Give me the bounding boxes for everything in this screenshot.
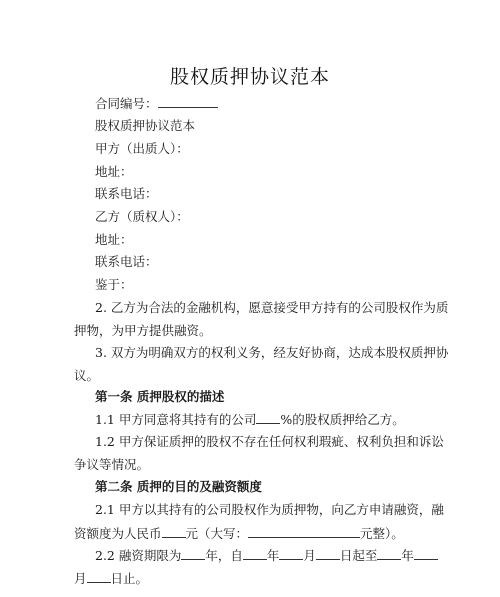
term-label: 2.2 融资期限为 xyxy=(95,548,181,563)
month-label: 月 xyxy=(303,548,316,563)
party-b-label: 乙方（质权人）： xyxy=(95,209,189,225)
party-a-label: 甲方（出质人）： xyxy=(95,141,189,157)
clause-1-1: 1.1 甲方同意将其持有的公司%的股权质押给乙方。 xyxy=(95,411,405,428)
recital-3-line2: 议。 xyxy=(74,368,99,384)
end-label: 日止。 xyxy=(111,571,149,586)
recital-3-line1: 3. 双方为明确双方的权利义务，经友好协商，达成本股权质押协 xyxy=(95,345,448,361)
clause-1-2-line2: 争议等情况。 xyxy=(74,457,149,473)
contract-number-line: 合同编号： xyxy=(95,95,218,112)
amount-words-end: 元整）。 xyxy=(360,526,404,541)
clause-1-2-line1: 1.2 甲方保证质押的股权不存在任何权利瑕疵、权利负担和诉讼 xyxy=(95,434,444,450)
month-label-2: 月 xyxy=(74,571,87,586)
end-month-blank-trailing[interactable] xyxy=(414,547,438,560)
clause-1-1-text-end: %的股权质押给乙方。 xyxy=(280,412,404,427)
party-b-phone: 联系电话： xyxy=(95,254,158,270)
start-day-blank[interactable] xyxy=(316,547,340,560)
contract-number-label: 合同编号： xyxy=(95,96,158,111)
contract-number-blank[interactable] xyxy=(158,95,218,108)
article-2-heading: 第二条 质押的目的及融资额度 xyxy=(95,479,262,495)
clause-2-1-line2: 资额度为人民币元（大写：元整）。 xyxy=(74,525,404,542)
amount-label: 资额度为人民币 xyxy=(74,526,162,541)
end-year-blank[interactable] xyxy=(377,547,401,560)
end-day-blank[interactable] xyxy=(87,570,111,583)
recital-2-line1: 2. 乙方为合法的金融机构，愿意接受甲方持有的公司股权作为质 xyxy=(95,300,448,316)
clause-2-2-line2: 月日止。 xyxy=(74,570,148,587)
year-label-2: 年 xyxy=(401,548,414,563)
term-years-blank[interactable] xyxy=(181,547,205,560)
term-from-label: 年，自 xyxy=(205,548,243,563)
amount-blank[interactable] xyxy=(162,525,186,538)
party-b-address: 地址： xyxy=(95,232,133,248)
year-label: 年 xyxy=(267,548,280,563)
start-year-blank[interactable] xyxy=(243,547,267,560)
party-a-phone: 联系电话： xyxy=(95,186,158,202)
party-a-address: 地址： xyxy=(95,164,133,180)
clause-2-2-line1: 2.2 融资期限为年，自年月日起至年 xyxy=(95,547,438,564)
subtitle: 股权质押协议范本 xyxy=(95,118,195,134)
document-title: 股权质押协议范本 xyxy=(0,62,500,89)
start-month-blank[interactable] xyxy=(279,547,303,560)
whereas-label: 鉴于： xyxy=(95,277,133,293)
equity-percent-blank[interactable] xyxy=(256,411,280,424)
to-label: 日起至 xyxy=(340,548,378,563)
amount-words-label: 元（大写： xyxy=(186,526,249,541)
clause-2-1-line1: 2.1 甲方以其持有的公司股权作为质押物，向乙方申请融资，融 xyxy=(95,502,444,518)
amount-words-blank[interactable] xyxy=(248,525,360,538)
recital-2-line2: 押物，为甲方提供融资。 xyxy=(74,323,212,339)
article-1-heading: 第一条 质押股权的描述 xyxy=(95,389,224,405)
clause-1-1-text: 1.1 甲方同意将其持有的公司 xyxy=(95,412,256,427)
